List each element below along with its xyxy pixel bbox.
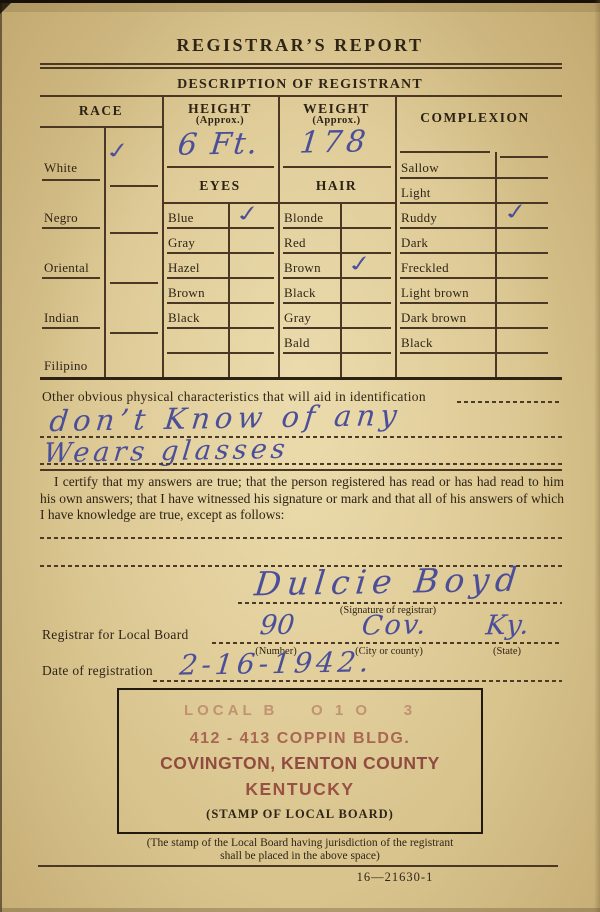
fill-in-dashes (457, 401, 562, 403)
eyes-row-label: Hazel (168, 260, 200, 276)
race-header: RACE (40, 103, 162, 119)
complexion-row-rule (400, 302, 548, 304)
stamp-box-caption: (STAMP OF LOCAL BOARD) (119, 807, 481, 822)
signature-line (238, 602, 562, 604)
eyes-row-rule (167, 327, 274, 329)
section-divider-rule (40, 469, 562, 471)
stamp-instruction-line2: shall be placed in the above space) (0, 850, 600, 862)
eyes-header: EYES (162, 178, 278, 194)
registrar-label: Registrar for Local Board (42, 627, 189, 643)
hair-row-label: Blonde (284, 210, 323, 226)
table-vline (162, 97, 164, 378)
checkmark-complexion-ruddy: ✓ (501, 198, 531, 226)
height-value: 6 Ft. (176, 126, 261, 162)
complexion-row-label: Sallow (401, 160, 439, 176)
complexion-row-label: Freckled (401, 260, 449, 276)
table-bottom-rule (40, 377, 562, 380)
race-row-rule (42, 327, 100, 329)
race-row-rule (42, 277, 100, 279)
race-check-rule (110, 232, 158, 234)
handwritten-note-line1: don’t Know of any (48, 398, 404, 438)
stamp-line-board: LOCAL B O 1 O 3 (119, 702, 481, 719)
height-value-rule (167, 166, 274, 168)
complexion-row-rule (400, 252, 548, 254)
stamp-line-city: COVINGTON, KENTON COUNTY (119, 753, 481, 774)
registrar-report-card: REGISTRAR’S REPORT DESCRIPTION OF REGIST… (0, 0, 600, 912)
eyes-row-rule (167, 302, 274, 304)
complexion-header: COMPLEXION (395, 110, 555, 126)
stamp-box: LOCAL B O 1 O 3 412 - 413 COPPIN BLDG. C… (117, 688, 483, 834)
hair-row-rule (283, 227, 391, 229)
stamp-instruction-line1: (The stamp of the Local Board having jur… (0, 837, 600, 849)
race-row-label: Negro (44, 210, 78, 226)
complexion-row-rule (400, 227, 548, 229)
race-check-rule (110, 282, 158, 284)
stamp-line-building: 412 - 413 COPPIN BLDG. (119, 730, 481, 748)
double-rule-bottom (40, 67, 562, 69)
scan-corner-mark (0, 0, 14, 14)
state-caption: (State) (468, 646, 546, 657)
complexion-row-rule (400, 352, 548, 354)
complexion-row-rule (400, 327, 548, 329)
eyes-row-rule (167, 352, 274, 354)
scan-edge-left (0, 0, 2, 912)
checkmark-eyes-blue: ✓ (233, 200, 263, 228)
date-label: Date of registration (42, 663, 153, 679)
complexion-row-label: Dark (401, 235, 428, 251)
hair-row-rule (283, 302, 391, 304)
eyes-row-label: Blue (168, 210, 194, 226)
form-title: REGISTRAR’S REPORT (0, 35, 600, 56)
race-row-label: Indian (44, 310, 79, 326)
scan-edge-right (594, 0, 600, 912)
race-check-rule (110, 332, 158, 334)
table-vline (278, 97, 280, 378)
date-line (153, 680, 562, 682)
eyes-row-label: Black (168, 310, 200, 326)
eyes-header-rule (162, 202, 278, 204)
complexion-check-divider (495, 152, 497, 378)
hair-row-label: Black (284, 285, 316, 301)
section-title: DESCRIPTION OF REGISTRANT (0, 77, 600, 93)
eyes-row-label: Gray (168, 235, 195, 251)
hair-row-label: Red (284, 235, 306, 251)
complexion-row-label: Ruddy (401, 210, 437, 226)
registrar-line (212, 642, 562, 644)
fill-in-dashes (40, 463, 562, 465)
certification-text: I certify that my answers are true; that… (40, 474, 564, 524)
race-row-rule (42, 179, 100, 181)
hair-row-label: Gray (284, 310, 311, 326)
complexion-top-rule (400, 151, 490, 153)
race-row-label: White (44, 160, 77, 176)
checkmark-hair-brown: ✓ (345, 250, 375, 278)
hair-header: HAIR (278, 178, 395, 194)
scan-edge-bottom (0, 908, 600, 912)
checkmark-race-white: ✓ (103, 137, 133, 165)
board-state-value: Ky. (484, 610, 532, 642)
eyes-row-rule (167, 277, 274, 279)
weight-value: 178 (298, 124, 371, 160)
double-rule-top (40, 63, 562, 65)
complexion-row-rule (400, 277, 548, 279)
form-number: 16—21630-1 (330, 870, 460, 885)
hair-row-rule (283, 327, 391, 329)
footer-rule (38, 865, 558, 867)
weight-value-rule (283, 166, 391, 168)
race-check-divider (104, 126, 106, 378)
hair-row-rule (283, 252, 391, 254)
stamp-line-state: KENTUCKY (119, 779, 481, 800)
exception-line (40, 537, 562, 539)
race-row-label: Filipino (44, 358, 88, 374)
race-row-label: Oriental (44, 260, 89, 276)
board-number-value: 90 (258, 610, 296, 642)
board-city-value: Cov. (360, 609, 429, 641)
hair-row-rule (283, 352, 391, 354)
complexion-row-rule (400, 177, 548, 179)
eyes-row-label: Brown (168, 285, 205, 301)
hair-row-label: Bald (284, 335, 310, 351)
complexion-row-label: Black (401, 335, 433, 351)
race-check-rule (110, 185, 158, 187)
height-approx-label: (Approx.) (162, 115, 278, 126)
hair-row-rule (283, 277, 391, 279)
hair-row-label: Brown (284, 260, 321, 276)
hair-header-rule (278, 202, 395, 204)
table-vline (395, 97, 397, 378)
scan-edge-shadow (0, 3, 600, 12)
complexion-row-label: Dark brown (401, 310, 466, 326)
registrar-signature: Dulcie Boyd (253, 560, 525, 604)
race-header-rule (40, 126, 162, 128)
complexion-row-label: Light (401, 185, 431, 201)
date-value: 2-16-1942. (178, 645, 374, 681)
eyes-row-rule (167, 227, 274, 229)
eyes-row-rule (167, 252, 274, 254)
complexion-row-label: Light brown (401, 285, 469, 301)
section-rule (40, 95, 562, 97)
complexion-top-check-rule (500, 156, 548, 158)
race-row-rule (42, 227, 100, 229)
